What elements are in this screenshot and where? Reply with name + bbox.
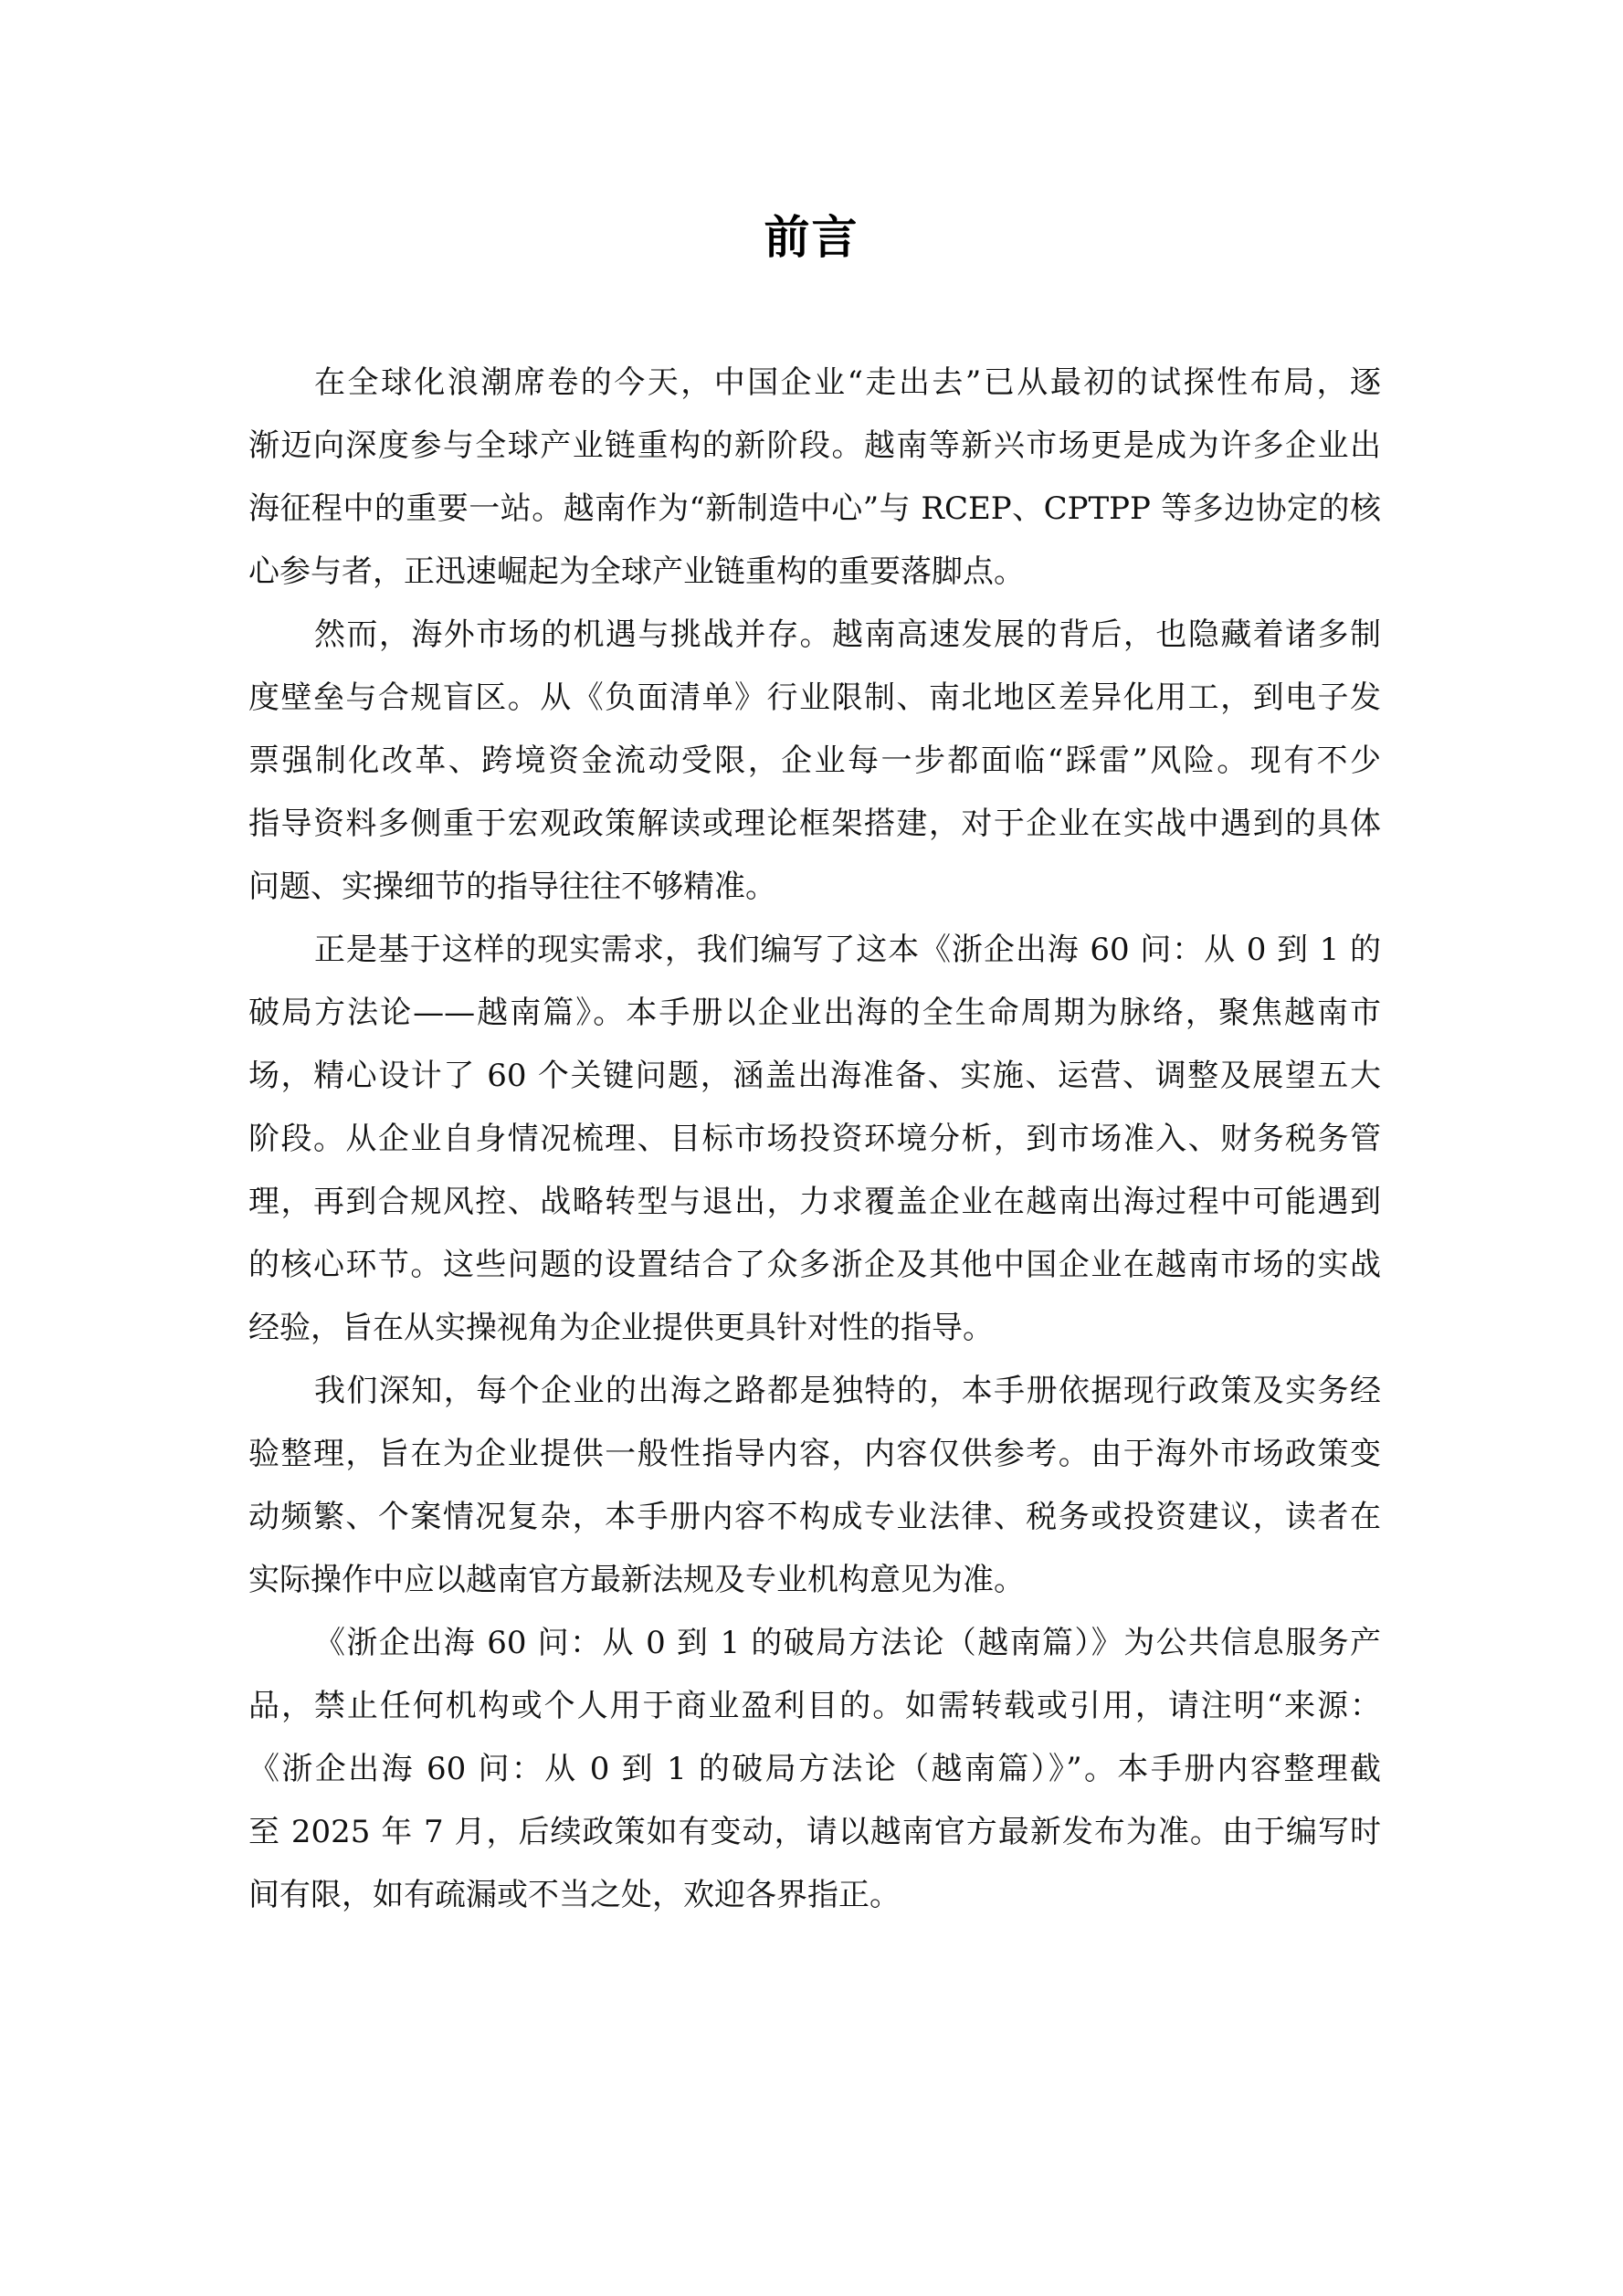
paragraph-2: 然而，海外市场的机遇与挑战并存。越南高速发展的背后，也隐藏着诸多制 度壁垒与合规…	[248, 604, 1381, 919]
text-line: 度壁垒与合规盲区。从《负面清单》行业限制、南北地区差异化用工，到电子发	[248, 667, 1381, 730]
text-line: 海征程中的重要一站。越南作为“新制造中心”与 RCEP、CPTPP 等多边协定的…	[248, 478, 1381, 541]
text-line: 指导资料多侧重于宏观政策解读或理论框架搭建，对于企业在实战中遇到的具体	[248, 793, 1381, 856]
document-page: 前言 在全球化浪潮席卷的今天，中国企业“走出去”已从最初的试探性布局，逐 渐迈向…	[0, 0, 1623, 2296]
text-line: 问题、实操细节的指导往往不够精准。	[248, 856, 1381, 919]
text-line: 的核心环节。这些问题的设置结合了众多浙企及其他中国企业在越南市场的实战	[248, 1234, 1381, 1297]
paragraph-1: 在全球化浪潮席卷的今天，中国企业“走出去”已从最初的试探性布局，逐 渐迈向深度参…	[248, 352, 1381, 604]
text-line: 在全球化浪潮席卷的今天，中国企业“走出去”已从最初的试探性布局，逐	[248, 352, 1381, 415]
text-line: 破局方法论——越南篇》。本手册以企业出海的全生命周期为脉络，聚焦越南市	[248, 982, 1381, 1045]
text-line: 实际操作中应以越南官方最新法规及专业机构意见为准。	[248, 1549, 1381, 1612]
text-line: 《浙企出海 60 问：从 0 到 1 的破局方法论（越南篇）》为公共信息服务产	[248, 1612, 1381, 1675]
text-line: 心参与者，正迅速崛起为全球产业链重构的重要落脚点。	[248, 541, 1381, 604]
text-line: 阶段。从企业自身情况梳理、目标市场投资环境分析，到市场准入、财务税务管	[248, 1108, 1381, 1171]
text-line: 我们深知，每个企业的出海之路都是独特的，本手册依据现行政策及实务经	[248, 1360, 1381, 1423]
text-line: 《浙企出海 60 问：从 0 到 1 的破局方法论（越南篇）》”。本手册内容整理…	[248, 1738, 1381, 1801]
paragraph-5: 《浙企出海 60 问：从 0 到 1 的破局方法论（越南篇）》为公共信息服务产 …	[248, 1612, 1381, 1927]
text-line: 然而，海外市场的机遇与挑战并存。越南高速发展的背后，也隐藏着诸多制	[248, 604, 1381, 667]
preface-body: 在全球化浪潮席卷的今天，中国企业“走出去”已从最初的试探性布局，逐 渐迈向深度参…	[248, 352, 1381, 1927]
text-line: 动频繁、个案情况复杂，本手册内容不构成专业法律、税务或投资建议，读者在	[248, 1486, 1381, 1549]
paragraph-4: 我们深知，每个企业的出海之路都是独特的，本手册依据现行政策及实务经 验整理，旨在…	[248, 1360, 1381, 1612]
text-line: 经验，旨在从实操视角为企业提供更具针对性的指导。	[248, 1297, 1381, 1360]
text-line: 至 2025 年 7 月，后续政策如有变动，请以越南官方最新发布为准。由于编写时	[248, 1801, 1381, 1864]
text-line: 品，禁止任何机构或个人用于商业盈利目的。如需转载或引用，请注明“来源：	[248, 1675, 1381, 1738]
text-line: 正是基于这样的现实需求，我们编写了这本《浙企出海 60 问：从 0 到 1 的	[248, 919, 1381, 982]
text-line: 票强制化改革、跨境资金流动受限，企业每一步都面临“踩雷”风险。现有不少	[248, 730, 1381, 793]
text-line: 间有限，如有疏漏或不当之处，欢迎各界指正。	[248, 1864, 1381, 1927]
text-line: 验整理，旨在为企业提供一般性指导内容，内容仅供参考。由于海外市场政策变	[248, 1423, 1381, 1486]
text-line: 渐迈向深度参与全球产业链重构的新阶段。越南等新兴市场更是成为许多企业出	[248, 415, 1381, 478]
text-line: 场，精心设计了 60 个关键问题，涵盖出海准备、实施、运营、调整及展望五大	[248, 1045, 1381, 1108]
paragraph-3: 正是基于这样的现实需求，我们编写了这本《浙企出海 60 问：从 0 到 1 的 …	[248, 919, 1381, 1360]
page-title: 前言	[0, 205, 1623, 269]
text-line: 理，再到合规风控、战略转型与退出，力求覆盖企业在越南出海过程中可能遇到	[248, 1171, 1381, 1234]
